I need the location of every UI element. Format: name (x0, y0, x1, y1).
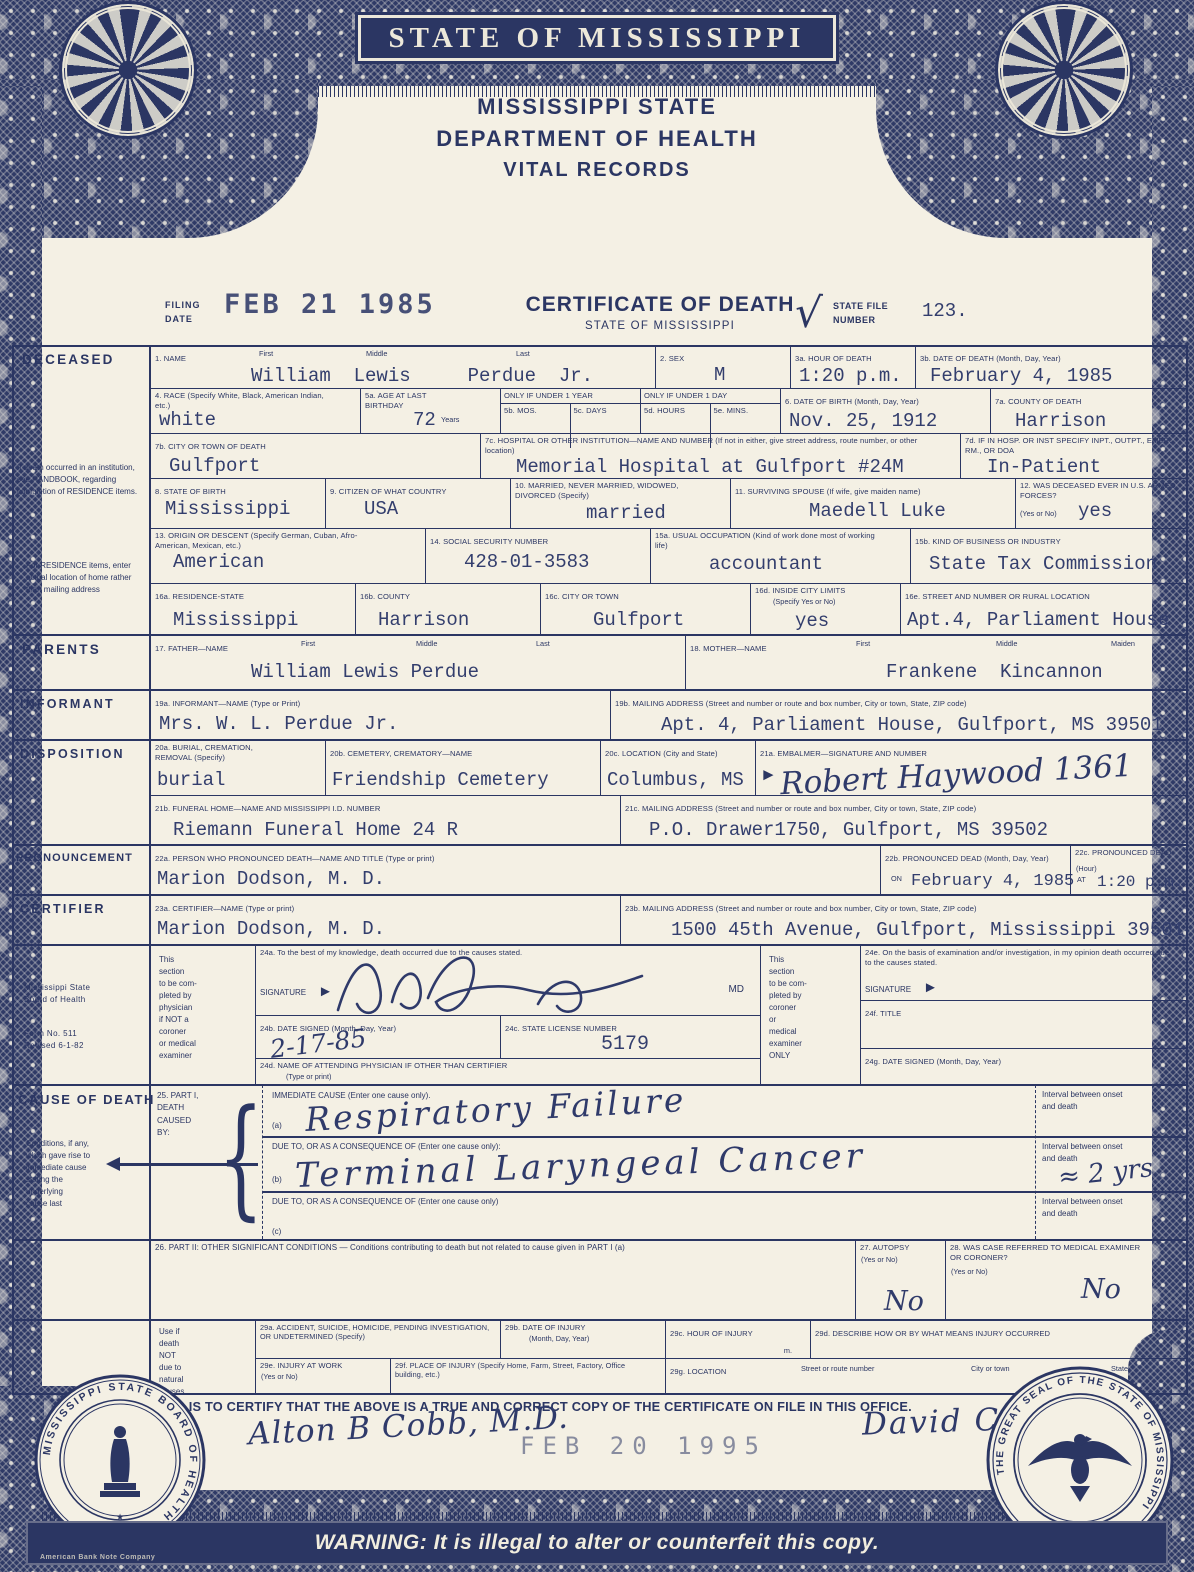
field-surviving-spouse: 11. SURVIVING SPOUSE (If wife, give maid… (730, 478, 1015, 528)
field-inpatient: 7d. IF IN HOSP. OR INST SPECIFY INPT., O… (960, 433, 1188, 478)
field-mother-name: 18. MOTHER—NAME First Middle Maiden Fran… (685, 635, 1188, 690)
note-conditions: Conditions, if any, which gave rise to i… (26, 1138, 146, 1210)
field-29d: 29d. DESCRIBE HOW OR BY WHAT MEANS INJUR… (810, 1320, 1188, 1358)
field-29b: 29b. DATE OF INJURY (Month, Day, Year) (500, 1320, 665, 1358)
section-informant: INFORMANT (20, 697, 115, 711)
cause-c-tag: (c) (272, 1226, 281, 1238)
field-residence-state: 16a. RESIDENCE-STATE Mississippi (150, 583, 355, 634)
embalmer-pointer-icon: ► (760, 765, 777, 785)
banknote-credit: American Bank Note Company (40, 1554, 155, 1561)
field-certifier-name: 23a. CERTIFIER—NAME (Type or print) Mari… (150, 895, 620, 945)
section-pronouncement: PRONOUNCEMENT (16, 852, 133, 864)
field-origin: 13. ORIGIN OR DESCENT (Specify German, C… (150, 528, 425, 583)
field-29f: 29f. PLACE OF INJURY (Specify Home, Farm… (390, 1358, 665, 1395)
field-29c: 29c. HOUR OF INJURY m. (665, 1320, 810, 1358)
interval-a: Interval between onset and death (1042, 1089, 1172, 1113)
banner-text: STATE OF MISSISSIPPI (389, 22, 806, 55)
section-disposition: DISPOSITION (20, 747, 125, 761)
agency-line1: MISSISSIPPI STATE (320, 94, 874, 120)
top-banner: STATE OF MISSISSIPPI (355, 12, 839, 64)
field-hour-of-death: 3a. HOUR OF DEATH 1:20 p.m. (790, 345, 915, 388)
field-hospital: 7c. HOSPITAL OR OTHER INSTITUTION—NAME A… (480, 433, 960, 478)
cause-left-divider (262, 1085, 263, 1239)
field-date-of-death: 3b. DATE OF DEATH (Month, Day, Year) Feb… (915, 345, 1188, 388)
warning-bar: WARNING: It is illegal to alter or count… (26, 1521, 1168, 1565)
state-file-label: STATE FILENUMBER (833, 300, 888, 327)
cause-brace: { (218, 1092, 263, 1222)
field-city-of-death: 7b. CITY OR TOWN OF DEATH Gulfport (150, 433, 480, 478)
filing-date-stamp: FEB 21 1985 (224, 289, 436, 320)
field-under-1-year: ONLY IF UNDER 1 YEAR 5b. MOS. 5c. DAYS (500, 388, 640, 433)
field-age: 5a. AGE AT LAST BIRTHDAY 72 Years (360, 388, 500, 433)
field-county-of-death: 7a. COUNTY OF DEATH Harrison (990, 388, 1188, 433)
field-pronounced-hour: 22c. PRONOUNCED DEAD (Hour) AT 1:20 p.m. (1070, 845, 1188, 895)
field-29a: 29a. ACCIDENT, SUICIDE, HOMICIDE, PENDIN… (255, 1320, 500, 1358)
field-certifier-address: 23b. MAILING ADDRESS (Street and number … (620, 895, 1188, 945)
field-city-limits: 16d. INSIDE CITY LIMITS (Specify Yes or … (750, 583, 900, 634)
autopsy-script: No (884, 1286, 924, 1317)
note-board: Mississippi State Board of Health (24, 982, 144, 1006)
field-street: 16e. STREET AND NUMBER OR RURAL LOCATION… (900, 583, 1188, 634)
field-referred: 28. WAS CASE REFERRED TO MEDICAL EXAMINE… (945, 1240, 1188, 1319)
field-informant-name: 19a. INFORMANT—NAME (Type or Print) Mrs.… (150, 690, 610, 740)
interval-c: Interval between onset and death (1042, 1196, 1172, 1220)
field-pronounced-date: 22b. PRONOUNCED DEAD (Month, Day, Year) … (880, 845, 1070, 895)
field-citizen: 9. CITIZEN OF WHAT COUNTRY USA (325, 478, 510, 528)
field-burial: 20a. BURIAL, CREMATION, REMOVAL (Specify… (150, 740, 325, 795)
cause-line-a (262, 1136, 1188, 1138)
filing-date-label: FILINGDATE (165, 299, 201, 326)
agency-line2: DEPARTMENT OF HEALTH (320, 126, 874, 152)
field-ssn: 14. SOCIAL SECURITY NUMBER 428-01-3583 (425, 528, 650, 583)
field-cemetery: 20b. CEMETERY, CREMATORY—NAME Friendship… (325, 740, 600, 795)
note-form-no: Form No. 511 Revised 6-1-82 (24, 1028, 144, 1052)
section-deceased: DECEASED (22, 352, 115, 367)
field-name: 1. NAME First Middle Last William Lewis … (150, 345, 655, 388)
referred-script: No (1081, 1274, 1121, 1305)
field-funeral-home-address: 21c. MAILING ADDRESS (Street and number … (620, 795, 1188, 845)
field-24e-coroner-cert: 24e. On the basis of examination and/or … (860, 945, 1188, 1000)
corner-rosette-left (62, 4, 194, 136)
field-autopsy: 27. AUTOPSY (Yes or No) No (855, 1240, 945, 1319)
check-mark: √ (793, 287, 823, 338)
field-race: 4. RACE (Specify White, Black, American … (150, 388, 360, 433)
field-cemetery-location: 20c. LOCATION (City and State) Columbus,… (600, 740, 755, 795)
field-residence-city: 16c. CITY OR TOWN Gulfport (540, 583, 750, 634)
cause-b-tag: (b) (272, 1174, 282, 1186)
interval-divider (1035, 1085, 1036, 1239)
state-file-number: 123. (922, 300, 968, 322)
agency-line3: VITAL RECORDS (320, 159, 874, 182)
field-pronouncer: 22a. PERSON WHO PRONOUNCED DEATH—NAME AN… (150, 845, 880, 895)
field-24c-license: 24c. STATE LICENSE NUMBER 5179 (500, 1015, 760, 1058)
field-part2: 26. PART II: OTHER SIGNIFICANT CONDITION… (150, 1240, 855, 1319)
field-industry: 15b. KIND OF BUSINESS OR INDUSTRY State … (910, 528, 1188, 583)
section-certifier: CERTIFIER (20, 902, 106, 916)
field-armed-forces: 12. WAS DECEASED EVER IN U.S. ARMED FORC… (1015, 478, 1188, 528)
field-24b-date-signed: 24b. DATE SIGNED (Month, Day, Year) 2-17… (255, 1015, 500, 1058)
field-date-of-birth: 6. DATE OF BIRTH (Month, Day, Year) Nov.… (780, 388, 990, 433)
field-father-name: 17. FATHER—NAME First Middle Last Willia… (150, 635, 685, 690)
field-under-1-day: ONLY IF UNDER 1 DAY 5d. HOURS 5e. MINS. (640, 388, 780, 433)
issue-date-stamp: FEB 20 1995 (520, 1432, 767, 1460)
section-cause: CAUSE OF DEATH (18, 1092, 155, 1107)
field-informant-address: 19b. MAILING ADDRESS (Street and number … (610, 690, 1188, 740)
field-24f-title: 24f. TITLE (860, 1000, 1188, 1048)
field-29e: 29e. INJURY AT WORK (Yes or No) (255, 1358, 390, 1395)
field-residence-county: 16b. COUNTY Harrison (355, 583, 540, 634)
field-marital-status: 10. MARRIED, NEVER MARRIED, WIDOWED, DIV… (510, 478, 730, 528)
note-physician-section: This section to be com- pleted by physic… (150, 945, 255, 1085)
agency-header: MISSISSIPPI STATE DEPARTMENT OF HEALTH V… (320, 94, 874, 182)
coroner-signature-pointer-icon: ► (923, 979, 938, 996)
field-occupation: 15a. USUAL OCCUPATION (Kind of work done… (650, 528, 910, 583)
note-institution: If death occurred in an institution, see… (17, 462, 142, 498)
note-coroner-section: This section to be com- pleted by corone… (760, 945, 860, 1085)
conditions-arrow-head (106, 1157, 120, 1171)
field-embalmer-signature: 21a. EMBALMER—SIGNATURE AND NUMBER ► Rob… (755, 740, 1188, 795)
cause-c-label: DUE TO, OR AS A CONSEQUENCE OF (Enter on… (272, 1196, 498, 1208)
cause-a-tag: (a) (272, 1120, 282, 1132)
note-residence: For RESIDENCE items, enter actual locati… (26, 560, 144, 596)
field-24g-date-signed: 24g. DATE SIGNED (Month, Day, Year) (860, 1048, 1188, 1085)
section-parents: PARENTS (22, 642, 101, 657)
field-state-of-birth: 8. STATE OF BIRTH Mississippi (150, 478, 325, 528)
field-funeral-home: 21b. FUNERAL HOME—NAME AND MISSISSIPPI I… (150, 795, 620, 845)
warning-text: WARNING: It is illegal to alter or count… (315, 1531, 879, 1555)
field-sex: 2. SEX M (655, 345, 790, 388)
corner-rosette-right (998, 4, 1130, 136)
